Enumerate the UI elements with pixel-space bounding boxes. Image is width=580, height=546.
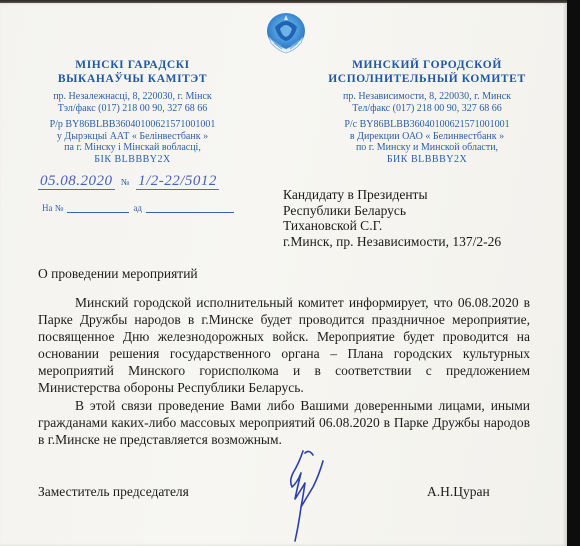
phone-ru: Тел/факс (017) 218 00 90, 327 68 66 [322, 103, 532, 115]
addressee-line: Тихановской С.Г. [283, 218, 501, 234]
number-sign: № [121, 177, 130, 187]
address-ru: пр. Независимости, 8, 220030, г. Минск [322, 91, 532, 103]
outgoing-number: 05.08.2020 № 1/2-22/5012 [38, 173, 268, 190]
bank-by-line1: у Дырэкцыі ААТ « Белінвестбанк » [30, 131, 235, 143]
bank-ru-line1: в Дирекции ОАО « Белинвестбанк » [322, 131, 532, 143]
reference-from-label: ад [133, 203, 142, 213]
signatory-name: А.Н.Цуран [427, 484, 490, 500]
account-ru: Р/с BY86BLBB36040100621571001001 [322, 119, 532, 131]
bic-by: БІК BLBBBY2X [30, 154, 235, 166]
reference-date-blank [146, 204, 234, 213]
letter-body: Минский городской исполнительный комитет… [38, 294, 530, 448]
bic-ru: БИК BLBBBY2X [322, 154, 532, 166]
body-paragraph: Минский городской исполнительный комитет… [38, 294, 530, 396]
outgoing-reg-number: 1/2-22/5012 [136, 173, 219, 190]
bank-by-line2: па г. Мінску і Мінскай вобласці, [30, 142, 235, 154]
org-name-by-line1: МІНСКІ ГАРАДСКІ [30, 58, 235, 72]
addressee-block: Кандидату в Президенты Республики Белару… [283, 187, 501, 249]
org-name-by-line2: ВЫКАНАЎЧЫ КАМІТЭТ [30, 72, 235, 86]
handwritten-signature-icon [283, 443, 328, 543]
coat-of-arms-icon [261, 9, 311, 57]
addressee-line: Кандидату в Президенты [283, 187, 501, 203]
org-name-ru-line2: ИСПОЛНИТЕЛЬНЫЙ КОМИТЕТ [322, 72, 532, 86]
reference-line: На № ад [42, 203, 234, 213]
letterhead-belarusian: МІНСКІ ГАРАДСКІ ВЫКАНАЎЧЫ КАМІТЭТ пр. Не… [30, 58, 235, 165]
phone-by: Тэл/факс (017) 218 00 90, 327 68 66 [30, 103, 235, 115]
address-by: пр. Незалежнасці, 8, 220030, г. Мінск [30, 91, 235, 103]
org-name-ru-line1: МИНСКИЙ ГОРОДСКОЙ [322, 58, 532, 72]
signatory-title: Заместитель председателя [38, 484, 189, 500]
account-by: Р/р BY86BLBB36040100621571001001 [30, 119, 235, 131]
letterhead-russian: МИНСКИЙ ГОРОДСКОЙ ИСПОЛНИТЕЛЬНЫЙ КОМИТЕТ… [322, 58, 532, 165]
outgoing-date: 05.08.2020 [38, 173, 115, 190]
addressee-line: г.Минск, пр. Независимости, 137/2-26 [283, 234, 501, 250]
reference-no-label: На № [42, 203, 63, 213]
letter-subject: О проведении мероприятий [38, 266, 198, 282]
letter-sheet: МІНСКІ ГАРАДСКІ ВЫКАНАЎЧЫ КАМІТЭТ пр. Не… [0, 3, 567, 546]
bank-ru-line2: по г. Минску и Минской области, [322, 142, 532, 154]
body-paragraph: В этой связи проведение Вами либо Вашими… [38, 397, 530, 448]
photo-right-edge [567, 0, 580, 546]
reference-no-blank [67, 204, 129, 213]
addressee-line: Республики Беларусь [283, 203, 501, 219]
